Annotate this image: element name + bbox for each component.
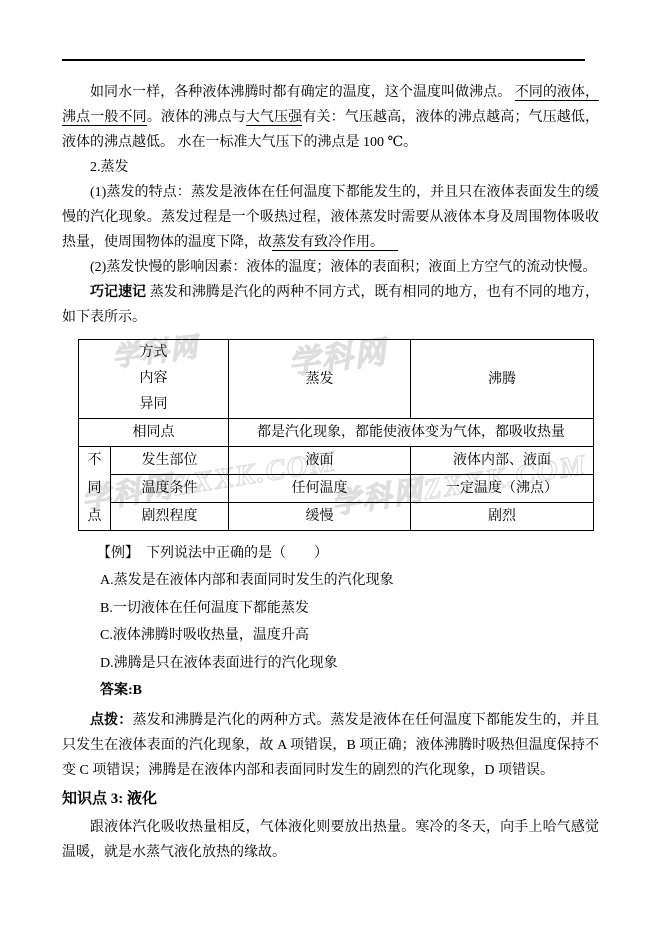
table-cell-boiling: 一定温度（沸点）	[411, 475, 594, 503]
header-rule	[62, 59, 585, 61]
table-same-value: 都是汽化现象，都能使液体变为气体，都吸收热量	[229, 419, 594, 447]
corner-line: 内容	[79, 366, 228, 392]
diff-char: 同	[79, 476, 110, 501]
mnemonic-label: 巧记速记	[90, 285, 146, 300]
table-row-label: 剧烈程度	[111, 503, 229, 531]
table-cell-boiling: 剧烈	[411, 503, 594, 531]
table-corner-cell: 方式 内容 异同	[79, 340, 229, 419]
answer-line: 答案:B	[100, 677, 599, 705]
paragraph-evaporation-features: (1)蒸发的特点：蒸发是液体在任何温度下都能发生的，并且只在液体表面发生的缓慢的…	[62, 180, 599, 255]
table-header-evaporation: 蒸发	[229, 340, 411, 419]
comparison-table: 方式 内容 异同 蒸发 沸腾 相同点 都是汽化现象，都能使液体变为气体，都吸收热…	[78, 339, 594, 531]
text-run: 如同水一样，各种液体沸腾时都有确定的温度，这个温度叫做沸点。	[90, 85, 515, 100]
document-body: 如同水一样，各种液体沸腾时都有确定的温度，这个温度叫做沸点。 不同的液体，沸点一…	[62, 80, 599, 865]
knowledge-point-3-heading: 知识点 3: 液化	[62, 786, 599, 812]
table-cell-evaporation: 液面	[229, 447, 411, 475]
paragraph-mnemonic: 巧记速记 蒸发和沸腾是汽化的两种不同方式，既有相同的地方，也有不同的地方，如下表…	[62, 280, 599, 330]
example-heading: 【例】 下列说法中正确的是（ ）	[62, 540, 599, 567]
text-run: 蒸发和沸腾是汽化的两种方式。蒸发是液体在任何温度下都能发生的，并且只发生在液体表…	[62, 713, 599, 778]
table-row-label: 发生部位	[111, 447, 229, 475]
heading-evaporation: 2.蒸发	[62, 155, 599, 180]
table-diff-label: 不 同 点	[79, 447, 111, 531]
table-header-boiling: 沸腾	[411, 340, 594, 419]
option-d: D.沸腾是只在液体表面进行的汽化现象	[100, 650, 599, 678]
option-b: B.一切液体在任何温度下都能蒸发	[100, 595, 599, 623]
corner-line: 异同	[79, 392, 228, 418]
paragraph-boiling-point: 如同水一样，各种液体沸腾时都有确定的温度，这个温度叫做沸点。 不同的液体，沸点一…	[62, 80, 599, 155]
paragraph-liquefaction: 跟液体汽化吸收热量相反，气体液化则要放出热量。寒冷的冬天，向手上哈气感觉温暖，就…	[62, 815, 599, 865]
underlined-text: 蒸发有致冷作用。	[272, 235, 398, 251]
analysis-label: 点拨：	[90, 713, 132, 728]
underlined-text: 大气压强	[246, 110, 303, 126]
analysis-paragraph: 点拨：蒸发和沸腾是汽化的两种方式。蒸发是液体在任何温度下都能发生的，并且只发生在…	[62, 708, 599, 783]
table-same-label: 相同点	[79, 419, 229, 447]
table-row-label: 温度条件	[111, 475, 229, 503]
option-a: A.蒸发是在液体内部和表面同时发生的汽化现象	[100, 567, 599, 595]
diff-char: 不	[79, 448, 110, 473]
paragraph-evaporation-factors: (2)蒸发快慢的影响因素：液体的温度；液体的表面积；液面上方空气的流动快慢。	[62, 255, 599, 280]
corner-line: 方式	[79, 340, 228, 366]
document-page: 学科网 学科网 学科网ZXXK.COM 学科网ZXXK.COM 如同水一样，各种…	[0, 0, 661, 935]
table-cell-evaporation: 缓慢	[229, 503, 411, 531]
option-c: C.液体沸腾时吸收热量，温度升高	[100, 622, 599, 650]
diff-char: 点	[79, 504, 110, 529]
text-run: 。液体的沸点与	[147, 110, 246, 125]
table-cell-boiling: 液体内部、液面	[411, 447, 594, 475]
table-cell-evaporation: 任何温度	[229, 475, 411, 503]
